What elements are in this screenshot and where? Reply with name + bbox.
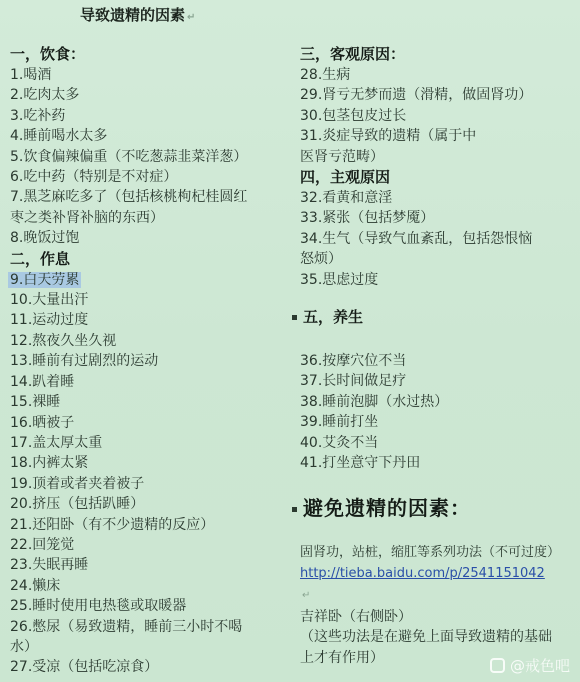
list-item: 33.紧张（包括梦魇）	[300, 208, 578, 228]
reference-link[interactable]: http://tieba.baidu.com/p/2541151042	[300, 566, 545, 581]
list-item: 29.肾亏无梦而遗（滑精，做固肾功）	[300, 85, 578, 105]
section-heading-diet: 一，饮食：	[10, 44, 290, 65]
list-item: 枣之类补肾补脑的东西）	[10, 208, 290, 228]
list-item: 17.盖太厚太重	[10, 433, 290, 453]
list-item: 24.懒床	[10, 576, 290, 596]
list-item: 31.炎症导致的遗精（属于中	[300, 126, 578, 146]
list-item-selected[interactable]: 9.白天劳累	[10, 270, 290, 290]
list-item: 15.裸睡	[10, 392, 290, 412]
section-heading-wellness: 五，养生	[292, 306, 578, 327]
right-column: 三，客观原因： 28.生病 29.肾亏无梦而遗（滑精，做固肾功） 30.包茎包皮…	[300, 44, 578, 668]
list-item: 4.睡前喝水太多	[10, 126, 290, 146]
list-item: 2.吃肉太多	[10, 85, 290, 105]
list-item: 38.睡前泡脚（水过热）	[300, 392, 578, 412]
reference-link-row[interactable]: http://tieba.baidu.com/p/2541151042	[300, 563, 578, 584]
list-item: 26.憋尿（易致遗精，睡前三小时不喝	[10, 617, 290, 637]
list-item: 16.晒被子	[10, 413, 290, 433]
list-item: 怒烦）	[300, 249, 578, 269]
list-item: 23.失眠再睡	[10, 555, 290, 575]
section-heading-subjective: 四，主观原因	[300, 167, 578, 188]
list-item: 41.打坐意守下丹田	[300, 453, 578, 473]
list-item: 25.睡时使用电热毯或取暖器	[10, 596, 290, 616]
left-column: 一，饮食： 1.喝酒 2.吃肉太多 3.吃补药 4.睡前喝水太多 5.饮食偏辣偏…	[10, 44, 290, 678]
list-item: 32.看黄和意淫	[300, 188, 578, 208]
empty-paragraph: ↵	[300, 584, 578, 606]
list-item: 30.包茎包皮过长	[300, 106, 578, 126]
posture-text: 吉祥卧（右侧卧）	[300, 607, 578, 627]
list-item: 3.吃补药	[10, 106, 290, 126]
document-title: 导致遗精的因素↵	[80, 4, 195, 25]
list-item: 1.喝酒	[10, 65, 290, 85]
list-item: 28.生病	[300, 65, 578, 85]
list-item: 水）	[10, 637, 290, 657]
section-heading-routine: 二，作息	[10, 249, 290, 270]
list-item: 21.还阳卧（有不少遗精的反应）	[10, 515, 290, 535]
list-item: 7.黑芝麻吃多了（包括核桃枸杞桂圆红	[10, 187, 290, 207]
exercise-text: 固肾功，站桩，缩肛等系列功法（不可过度）	[300, 543, 578, 563]
bullet-icon	[292, 507, 297, 512]
list-item: 35.思虑过度	[300, 270, 578, 290]
list-item: 12.熬夜久坐久视	[10, 331, 290, 351]
list-item: 22.回笼觉	[10, 535, 290, 555]
list-item: 8.晚饭过饱	[10, 228, 290, 248]
list-item: 20.挤压（包括趴睡）	[10, 494, 290, 514]
list-item: 6.吃中药（特别是不对症）	[10, 167, 290, 187]
section-heading-objective: 三，客观原因：	[300, 44, 578, 65]
list-item: 27.受凉（包括吃凉食）	[10, 657, 290, 677]
document-page: 导致遗精的因素↵ 一，饮食： 1.喝酒 2.吃肉太多 3.吃补药 4.睡前喝水太…	[0, 0, 580, 682]
list-item: 40.艾灸不当	[300, 433, 578, 453]
list-item: 14.趴着睡	[10, 372, 290, 392]
list-item: 13.睡前有过剧烈的运动	[10, 351, 290, 371]
list-item: 34.生气（导致气血紊乱，包括怨恨恼	[300, 229, 578, 249]
list-item: 10.大量出汗	[10, 290, 290, 310]
list-item: 11.运动过度	[10, 310, 290, 330]
list-item: 5.饮食偏辣偏重（不吃葱蒜韭菜洋葱）	[10, 147, 290, 167]
list-item: 37.长时间做足疗	[300, 371, 578, 391]
list-item: 36.按摩穴位不当	[300, 351, 578, 371]
avoid-heading: 避免遗精的因素：	[292, 492, 578, 521]
list-item: 19.顶着或者夹着被子	[10, 474, 290, 494]
watermark: @戒色吧	[490, 655, 570, 676]
bullet-icon	[292, 315, 297, 320]
list-item: 医肾亏范畴）	[300, 147, 578, 167]
selected-text[interactable]: 9.白天劳累	[8, 272, 81, 288]
note-text: （这些功法是在避免上面导致遗精的基础	[300, 627, 578, 647]
weibo-logo-icon	[490, 658, 505, 673]
list-item: 18.内裤太紧	[10, 453, 290, 473]
list-item: 39.睡前打坐	[300, 412, 578, 432]
